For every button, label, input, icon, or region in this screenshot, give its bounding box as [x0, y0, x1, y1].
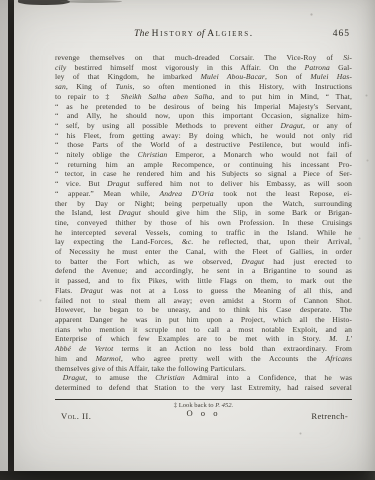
- page-content: The History of Algiers. 465 revenge them…: [55, 29, 352, 421]
- text-line: ther by Day or Night; being perpetually …: [55, 199, 352, 209]
- page-footer: Vol. II. O o o Retrench-: [55, 409, 352, 421]
- text-line: “ vice. But Dragut suffered him not to d…: [55, 179, 352, 189]
- running-header: The History of Algiers. 465: [55, 29, 352, 42]
- catchword: Retrench-: [311, 411, 352, 421]
- text-line: Dragut, to amuse the Christian Admiral i…: [55, 373, 352, 383]
- text-line: rians who mention it scruple not to call…: [55, 325, 352, 335]
- page-title: The History of Algiers.: [134, 29, 254, 39]
- text-line: “ appear.” Mean while, Andrea D'Oria too…: [55, 189, 352, 199]
- text-line: the Island, lest Dragut should give him …: [55, 208, 352, 218]
- text-line: cily bestirred himself most vigorously i…: [55, 63, 352, 73]
- scan-bottom-edge-bar: [0, 471, 375, 480]
- footnote-mark: ‡: [174, 402, 177, 409]
- scan-left-edge-bar: [8, 0, 14, 474]
- text-line: apparent Danger he was in put him upon a…: [55, 315, 352, 325]
- text-line: ley of that Kingdom, he imbarked Mulei A…: [55, 72, 352, 82]
- text-line: “ tector, in case he rendered him and hi…: [55, 169, 352, 179]
- text-line: it passed, and to fix Pikes, with little…: [55, 276, 352, 286]
- signature-mark: O o o: [186, 408, 220, 418]
- text-line: themselves give of this Affair, take the…: [55, 364, 352, 374]
- text-line: However, he began to be uneasy, and to t…: [55, 305, 352, 315]
- title-word-algiers: Algiers.: [207, 29, 254, 39]
- text-line: to repair to ‡ Sheikh Salha aben Salha, …: [55, 92, 352, 102]
- text-line: determined to defend that Station to the…: [55, 383, 352, 393]
- text-line: “ his Fleet, from getting away: By doing…: [55, 131, 352, 141]
- text-line: lay expecting the Land-Forces, &c. he re…: [55, 237, 352, 247]
- title-word-of: of: [197, 29, 205, 39]
- text-line: “ nitely oblige the Christian Emperor, a…: [55, 150, 352, 160]
- text-line: tine, conveyed thither by those of his o…: [55, 218, 352, 228]
- text-line: Abbé de Vertot terms it an Action no les…: [55, 344, 352, 354]
- scanned-book-page: The History of Algiers. 465 revenge them…: [0, 0, 375, 480]
- text-line: san, King of Tunis, so often mentioned i…: [55, 82, 352, 92]
- title-word-history: History: [152, 29, 195, 39]
- scan-top-ink-streak: [60, 0, 122, 3]
- text-line: him and Marmol, who agree pretty well wi…: [55, 354, 352, 364]
- text-line: failed not to steal them all away; even …: [55, 296, 352, 306]
- page-number: 465: [333, 29, 350, 39]
- scan-noise-speckles: [0, 0, 1, 1]
- scan-left-margin: [0, 0, 8, 474]
- text-line: “ self, by using all possible Methods to…: [55, 121, 352, 131]
- text-line: “ returning him an ample Recompence, or …: [55, 160, 352, 170]
- text-line: revenge themselves on that much-dreaded …: [55, 53, 352, 63]
- text-line: Flats. Dragut was not at a Loss to guess…: [55, 286, 352, 296]
- volume-label: Vol. II.: [55, 411, 91, 421]
- footnote-rule: [55, 399, 352, 401]
- body-text: revenge themselves on that much-dreaded …: [55, 53, 352, 393]
- text-line: defend the Avenue; and accordingly, he s…: [55, 266, 352, 276]
- text-line: “ as he pretended to be desirous of bein…: [55, 102, 352, 112]
- text-line: he intercepted several Vessels, coming t…: [55, 228, 352, 238]
- text-line: Enterprise of which few Examples are to …: [55, 334, 352, 344]
- text-line: “ those Parts of the World of a destruct…: [55, 140, 352, 150]
- title-word-the: The: [134, 29, 149, 39]
- text-line: “ and Ally, he should now, upon this imp…: [55, 111, 352, 121]
- text-line: to batter the Fort which, as we observed…: [55, 257, 352, 267]
- text-line: of Necessity he must enter the Canal, wi…: [55, 247, 352, 257]
